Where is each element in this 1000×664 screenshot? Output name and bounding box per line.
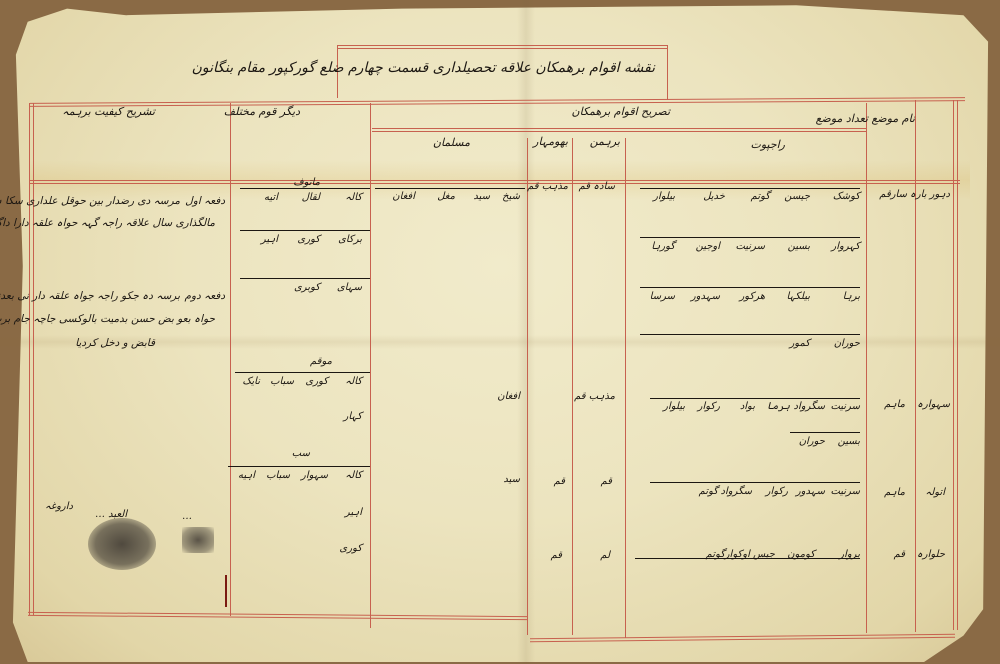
seal-caption: … xyxy=(182,510,192,523)
rajput-cell: کومون xyxy=(787,548,815,561)
rajput-cell: برہا xyxy=(843,290,860,303)
other-caste-cell: کوری xyxy=(339,542,362,555)
other-caste-cell: اتیه xyxy=(264,191,278,204)
other-caste-cell: سہای xyxy=(337,281,362,294)
rajput-cell: گوتم xyxy=(751,190,770,203)
row2-rajput-line xyxy=(650,398,860,399)
rajput-cell: کوشک xyxy=(833,190,860,203)
col-divider-brahman xyxy=(625,138,626,638)
rajput-cell: ہرما xyxy=(767,400,790,413)
other-caste-cell: اہیه xyxy=(238,469,255,482)
rajput-cell: کہروار xyxy=(831,240,860,253)
row4-brahman: لم xyxy=(600,549,610,562)
remark-first-label: دفعہ اول xyxy=(185,190,225,212)
row3-village: اتولہ xyxy=(925,486,945,499)
header-bottom-border-inner xyxy=(30,183,960,184)
musalman-cell: مغل xyxy=(437,190,455,203)
remark-first-line: مرسہ دی رضدار بین حوقل علداری سکا ہوف چک… xyxy=(0,190,180,212)
row1-bhumihar: مذہب قم xyxy=(527,180,568,193)
row3-brahman: قم xyxy=(601,475,612,488)
col-divider-remarks xyxy=(230,103,231,616)
title-box-top xyxy=(337,45,668,46)
row1-musalman-line xyxy=(375,188,525,189)
title-box-right xyxy=(667,45,668,100)
col-divider-other xyxy=(370,103,371,628)
row1-other-line xyxy=(240,188,370,189)
rajput-cell: بواد xyxy=(740,400,755,413)
document-title: نقشه اقوام برهمکان علاقه تحصیلداری قسمت … xyxy=(192,60,655,76)
remark-second-line: قابض و دخل کردیا xyxy=(75,332,155,354)
other-caste-cell: اہیر xyxy=(345,506,362,519)
other-castes-subheader: موقم xyxy=(310,355,332,368)
row1-count: سارقم xyxy=(879,188,907,201)
rajput-cell: خدیل xyxy=(703,190,725,203)
rajput-cell: بسین xyxy=(838,435,860,448)
rajput-cell: گوتم xyxy=(699,485,718,498)
header-village-name: نام موضع xyxy=(872,112,916,125)
remark-first-line: مالگذاری سال علاقہ راجہ گہہ حواہ علقہ دا… xyxy=(0,212,215,234)
row1-rajput-line xyxy=(640,188,860,189)
table-right-border-inner xyxy=(957,100,958,630)
remark-second-line: حواہ بعو بض حسن بدمیت بالوکسی جاچہ جام ب… xyxy=(0,308,215,330)
other-caste-cell: لقال xyxy=(302,191,320,204)
rajput-cell: گورہا xyxy=(651,240,675,253)
row2-village: سہوارہ xyxy=(917,398,950,411)
rajput-cell: بسین xyxy=(788,240,810,253)
header-caste-group: تصریح اقوام برهمکان xyxy=(572,105,670,118)
row4-bhumihar: قم xyxy=(551,549,562,562)
musalman-cell: سید xyxy=(473,190,490,203)
rajput-cell: جیس اوکوار xyxy=(725,548,775,561)
rajput-cell: بیلوار xyxy=(653,190,675,203)
remark-second-label: دفعہ دوم xyxy=(185,285,226,307)
rajput-cell: رکوار xyxy=(766,485,788,498)
rajput-cell: سرنیت xyxy=(830,485,860,498)
rajput-cell: سہدور xyxy=(691,290,720,303)
row1-other-line-3 xyxy=(240,278,370,279)
musalman-cell: افغان xyxy=(497,390,520,403)
rajput-cell: کمور xyxy=(789,337,810,350)
other-caste-cell: کوری xyxy=(305,375,328,388)
other-caste-cell: کالہ xyxy=(345,469,362,482)
rajput-cell: رکوار xyxy=(698,400,720,413)
col-divider-rajput xyxy=(866,103,867,633)
row2-rajput-line-2 xyxy=(790,432,860,433)
row4-count: قم xyxy=(894,548,905,561)
row2-brahman: مذہب قم xyxy=(574,390,615,403)
table-right-border xyxy=(953,100,954,630)
row2-other-line xyxy=(235,372,370,373)
row1-village: دہور بارہ xyxy=(910,188,950,201)
header-other-castes: دیگر قوم مختلف xyxy=(224,105,300,118)
table-left-border-inner xyxy=(33,103,34,615)
other-caste-cell: سباب xyxy=(266,469,290,482)
rajput-cell: هرکور xyxy=(739,290,765,303)
header-count: تعداد موضع xyxy=(816,112,868,125)
musalman-cell: افغان xyxy=(392,190,415,203)
header-bhumihar: بھومہار xyxy=(533,135,568,148)
row1-rajput-line-3 xyxy=(640,287,860,288)
row1-other-line-2 xyxy=(240,230,370,231)
rajput-cell: حوران xyxy=(799,435,825,448)
other-caste-cell: کوری xyxy=(297,233,320,246)
header-brahman: برہمن xyxy=(590,135,620,148)
remark-second-line: برسہ دہ جکو راجہ جواہ علقہ دار نی بعدنبی… xyxy=(0,285,180,307)
rajput-cell: سگرواد xyxy=(794,400,825,413)
other-caste-cell: کوبری xyxy=(294,281,320,294)
rajput-cell: اوجین xyxy=(696,240,720,253)
other-castes-subheader: سب xyxy=(292,447,310,460)
row1-brahman: سادہ قم xyxy=(579,180,615,193)
col-divider-musalman xyxy=(527,138,528,635)
rajput-cell: سرنیت xyxy=(830,400,860,413)
row4-village: حلوارہ xyxy=(917,548,945,561)
musalman-cell: شیخ xyxy=(502,190,520,203)
rajput-cell: جیسن xyxy=(784,190,810,203)
table-left-border xyxy=(29,103,30,615)
row3-bhumihar: قم xyxy=(554,475,565,488)
other-caste-cell: سہوار xyxy=(301,469,328,482)
other-caste-cell: نایک xyxy=(242,375,260,388)
red-ink-drip xyxy=(225,575,227,607)
subheader-line-inner xyxy=(372,131,866,132)
other-caste-cell: سباب xyxy=(270,375,294,388)
rajput-cell: بیلوار xyxy=(663,400,685,413)
row1-rajput-line-2 xyxy=(640,237,860,238)
rajput-cell: سرسا xyxy=(650,290,675,303)
header-remarks: تشریح کیفیت برہمہ xyxy=(62,105,155,118)
row3-other-line xyxy=(228,466,370,467)
row1-rajput-line-4 xyxy=(640,334,860,335)
other-caste-cell: برکای xyxy=(338,233,362,246)
header-musalman: مسلمان xyxy=(433,136,470,149)
subheader-line xyxy=(372,128,866,129)
col-divider-count xyxy=(915,100,916,632)
other-caste-cell: کالہ xyxy=(345,191,362,204)
col-divider-bhumihar xyxy=(572,138,573,635)
rajput-cell: بیلکہا xyxy=(786,290,810,303)
rajput-cell: حوران xyxy=(834,337,860,350)
rajput-cell: سہدور xyxy=(796,485,825,498)
row3-count: ماہم xyxy=(884,486,905,499)
header-rajput: راجپوت xyxy=(750,138,785,151)
rajput-cell: گوتم xyxy=(706,548,725,561)
row3-rajput-line xyxy=(650,482,860,483)
other-caste-cell: اہیر xyxy=(261,233,278,246)
musalman-cell: سید xyxy=(503,473,520,486)
header-bottom-border xyxy=(30,180,960,181)
row2-count: ماہم xyxy=(884,398,905,411)
other-caste-cell: کہار xyxy=(344,410,363,423)
rajput-cell: سرنیت xyxy=(735,240,765,253)
seal-caption: داروغہ xyxy=(45,500,73,513)
title-box-top-inner xyxy=(337,48,668,49)
official-seal-large xyxy=(88,518,156,570)
rajput-cell: بروار xyxy=(839,548,860,561)
official-seal-small xyxy=(182,527,214,553)
other-caste-cell: کالہ xyxy=(345,375,362,388)
rajput-cell: سگرواد xyxy=(721,485,752,498)
